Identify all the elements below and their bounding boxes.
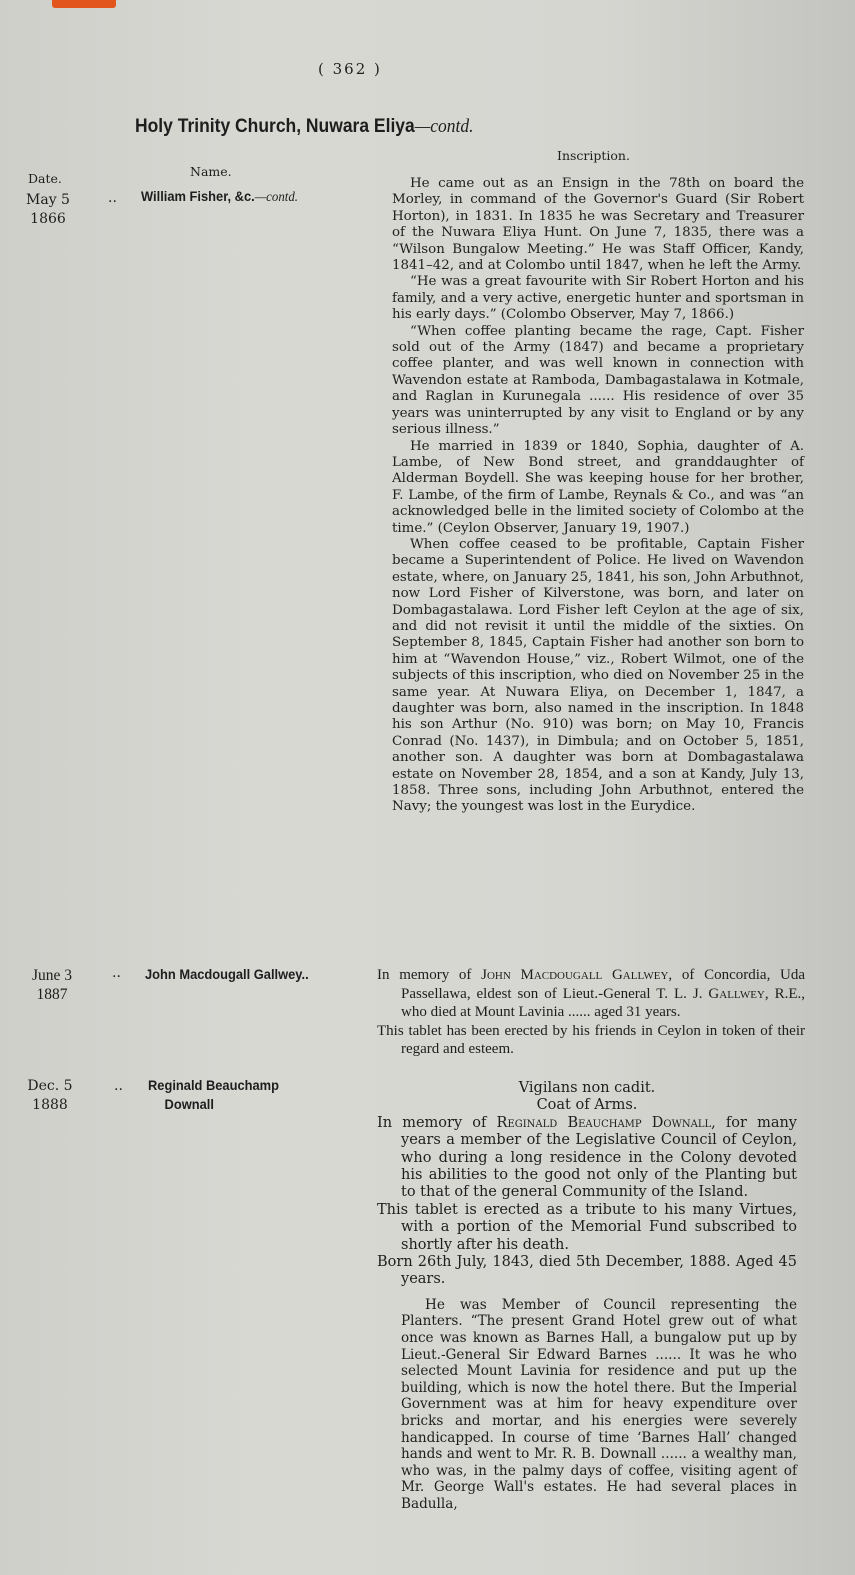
page-number: ( 362 ) [318, 60, 382, 78]
coat-of-arms-label: Coat of Arms. [377, 1097, 797, 1114]
inscription-paragraph: Born 26th July, 1843, died 5th December,… [377, 1254, 797, 1289]
inscription-paragraph: In memory of Reginald Beauchamp Downall,… [377, 1115, 797, 1202]
inscription-paragraph: This tablet has been erected by his frie… [377, 1022, 805, 1059]
inscription-text: In memory of John Macdougall Gallwey, of… [377, 966, 805, 1059]
inscription-paragraph: When coffee ceased to be profitable, Cap… [392, 537, 804, 816]
inscription-paragraph: He came out as an Ensign in the 78th on … [392, 176, 804, 274]
date-year: 1887 [22, 985, 82, 1004]
entry-date: Dec. 5 1888 [20, 1077, 80, 1115]
inscription-paragraph: “When coffee planting became the rage, C… [392, 324, 804, 439]
inscription-paragraph: “He was a great favourite with Sir Rober… [392, 274, 804, 323]
leader-dots: .. [114, 1078, 123, 1094]
column-header-date: Date. [28, 171, 62, 186]
date-day: May 5 [18, 191, 78, 210]
name-line-2: Downall [148, 1095, 279, 1114]
entry-name: Reginald Beauchamp Downall [148, 1076, 279, 1114]
inscription-paragraph: In memory of John Macdougall Gallwey, of… [377, 966, 805, 1022]
date-day: June 3 [22, 966, 82, 985]
page-title: Holy Trinity Church, Nuwara Eliya—contd. [135, 116, 474, 138]
column-header-inscription: Inscription. [557, 148, 630, 163]
motto: Vigilans non cadit. [377, 1080, 797, 1097]
column-header-name: Name. [190, 164, 232, 179]
date-day: Dec. 5 [20, 1077, 80, 1096]
name-line-1: Reginald Beauchamp [148, 1076, 279, 1095]
leader-dots: .. [112, 965, 121, 981]
leader-dots: .. [108, 190, 117, 206]
name-text: William Fisher, &c. [141, 188, 255, 204]
entry-date: June 3 1887 [22, 966, 82, 1004]
title-text: Holy Trinity Church, Nuwara Eliya [135, 116, 415, 137]
inscription-text: He came out as an Ensign in the 78th on … [392, 176, 804, 816]
name-suffix: —contd. [255, 190, 298, 205]
date-year: 1888 [20, 1096, 80, 1115]
inscription-text: Vigilans non cadit. Coat of Arms. In mem… [377, 1080, 797, 1513]
entry-date: May 5 1866 [18, 191, 78, 229]
title-suffix: —contd. [415, 116, 474, 137]
entry-name: John Macdougall Gallwey.. [145, 965, 309, 984]
inscription-paragraph: This tablet is erected as a tribute to h… [377, 1202, 797, 1254]
entry-name: William Fisher, &c.—contd. [141, 187, 298, 207]
date-year: 1866 [18, 210, 78, 229]
inscription-paragraph: He was Member of Council representing th… [377, 1297, 797, 1513]
orange-bookmark-tab [52, 0, 116, 8]
inscription-paragraph: He married in 1839 or 1840, Sophia, daug… [392, 439, 804, 537]
